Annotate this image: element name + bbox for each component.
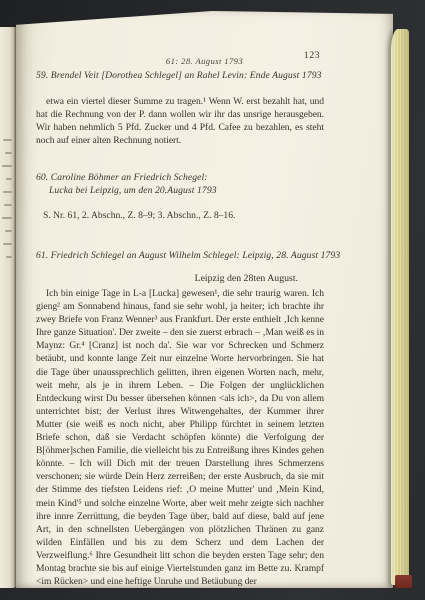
bookmark-red — [395, 575, 412, 588]
book-fore-edge — [391, 29, 409, 585]
facing-page-text-remnant — [5, 152, 12, 154]
facing-page-text-remnant — [5, 230, 12, 232]
facing-page-text-remnant — [3, 191, 12, 193]
entry-60-heading-line2: Lucka bei Leipzig, um den 20.August 1793 — [49, 184, 217, 197]
entry-61-heading: 61. Friedrich Schlegel an August Wilhelm… — [36, 250, 340, 261]
running-head-row: 61: 28. August 1793 123 — [16, 51, 393, 65]
running-head: 61: 28. August 1793 — [166, 56, 243, 66]
facing-page-text-remnant — [3, 139, 12, 141]
facing-page-text-remnant — [2, 165, 12, 167]
facing-page-text-remnant — [6, 178, 12, 180]
facing-page-text-remnant — [3, 243, 12, 245]
book-page: 61: 28. August 1793 123 59. Brendel Veit… — [16, 11, 393, 588]
facing-page-text-remnant — [6, 256, 12, 258]
page-number: 123 — [304, 50, 320, 61]
entry-60-reference: S. Nr. 61, 2. Abschn., Z. 8–9; 3. Abschn… — [43, 210, 235, 221]
facing-page-text-remnant — [4, 204, 12, 206]
facing-page-text-remnant — [2, 217, 12, 219]
entry-59-heading: 59. Brendel Veit [Dorothea Schlegel] an … — [36, 70, 322, 81]
entry-61-text: Ich bin einige Tage in L-a [Lucka] gewes… — [36, 287, 324, 588]
entry-60-heading: 60. Caroline Böhmer an Friedrich Schegel… — [36, 171, 217, 197]
entry-60-heading-line1: 60. Caroline Böhmer an Friedrich Schegel… — [36, 171, 217, 184]
entry-59-text: etwa ein viertel dieser Summe zu tragen.… — [36, 95, 324, 147]
entry-61-dateline: Leipzig den 28ten August. — [36, 273, 324, 284]
book-photo: 61: 28. August 1793 123 59. Brendel Veit… — [0, 0, 425, 600]
facing-page-edge — [0, 27, 17, 588]
